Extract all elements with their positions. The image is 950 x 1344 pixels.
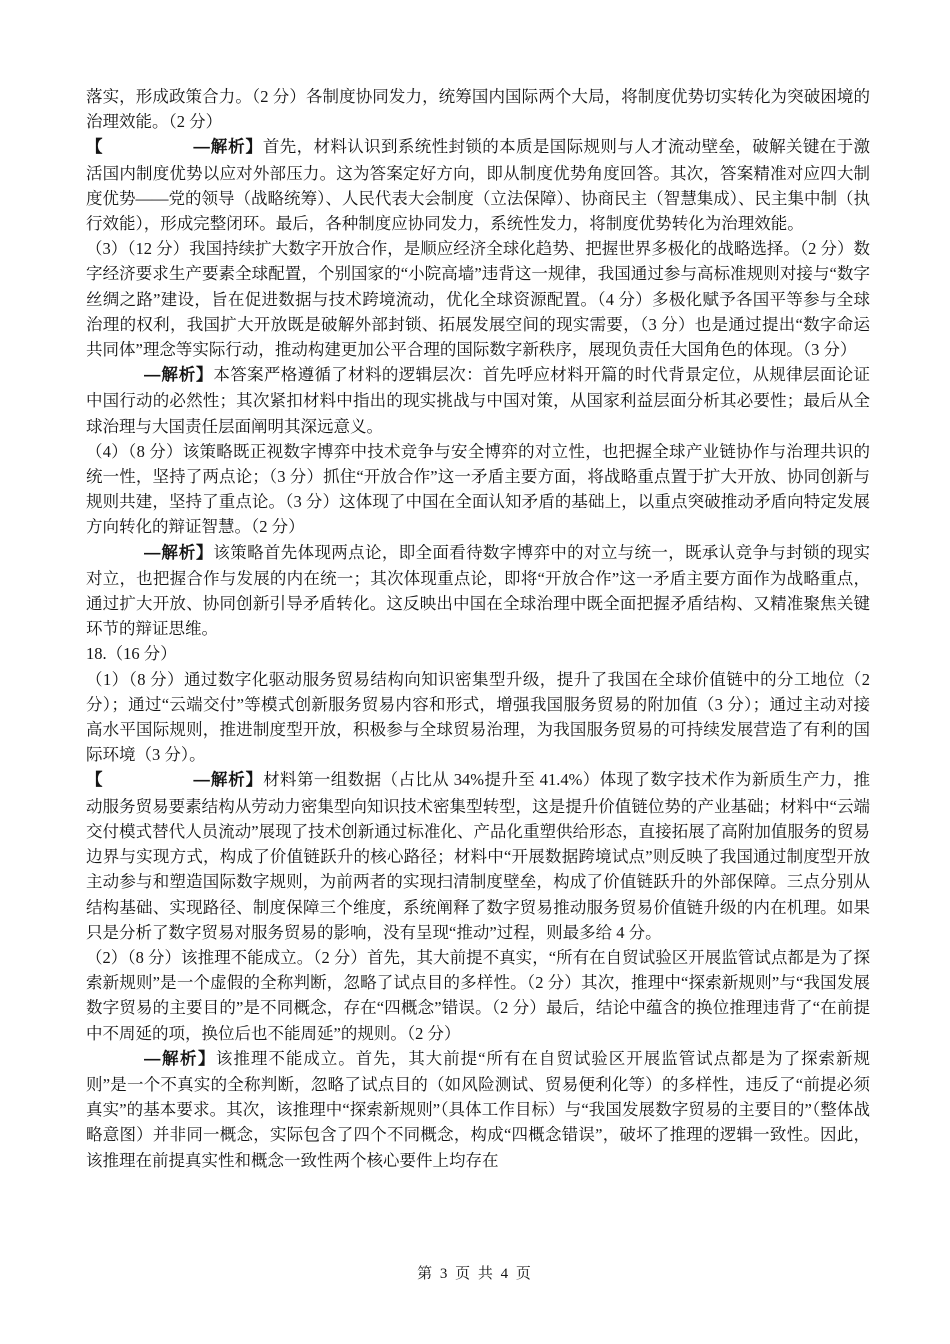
- page-number: 第 3 页 共 4 页: [0, 1262, 950, 1283]
- bracket-mark: 【: [86, 771, 103, 789]
- paragraph-text: 落实，形成政策合力。（2 分）各制度协同发力，统筹国内国际两个大局，将制度优势切…: [86, 87, 870, 131]
- answer-continuation-paragraph: 落实，形成政策合力。（2 分）各制度协同发力，统筹国内国际两个大局，将制度优势切…: [86, 84, 870, 134]
- paragraph-text: （3）（12 分）我国持续扩大数字开放合作，是顺应经济全球化趋势、把握世界多极化…: [86, 239, 870, 359]
- analysis-label: —解析】: [144, 1050, 216, 1068]
- paragraph-text: （4）（8 分）该策略既正视数字博弈中技术竞争与安全博弈的对立性，也把握全球产业…: [86, 442, 870, 537]
- paragraph-text: （1）（8 分）通过数字化驱动服务贸易结构向知识密集型升级，提升了我国在全球价值…: [86, 670, 870, 765]
- bracket-mark: 【: [86, 138, 103, 156]
- paragraph-text: 材料第一组数据（占比从 34%提升至 41.4%）体现了数字技术作为新质生产力，…: [86, 770, 870, 941]
- paragraph-text: （2）（8 分）该推理不能成立。（2 分）首先，其大前提不真实，“所有在自贸试验…: [86, 948, 870, 1043]
- answer-paragraph-q17-4: （4）（8 分）该策略既正视数字博弈中技术竞争与安全博弈的对立性，也把握全球产业…: [86, 439, 870, 540]
- document-page: 落实，形成政策合力。（2 分）各制度协同发力，统筹国内国际两个大局，将制度优势切…: [0, 0, 950, 1344]
- answer-paragraph-q17-3: （3）（12 分）我国持续扩大数字开放合作，是顺应经济全球化趋势、把握世界多极化…: [86, 236, 870, 362]
- analysis-paragraph-18-2: —解析】该推理不能成立。首先，其大前提“所有在自贸试验区开展监管试点都是为了探索…: [86, 1046, 870, 1173]
- masked-gap: [103, 151, 193, 152]
- answer-paragraph-18-1: （1）（8 分）通过数字化驱动服务贸易结构向知识密集型升级，提升了我国在全球价值…: [86, 667, 870, 768]
- analysis-paragraph-q17-3: —解析】本答案严格遵循了材料的逻辑层次：首先呼应材料开篇的时代背景定位，从规律层…: [86, 362, 870, 439]
- analysis-paragraph-q17-2: 【—解析】首先，材料认识到系统性封锁的本质是国际规则与人才流动壁垒，破解关键在于…: [86, 134, 870, 236]
- document-body: 落实，形成政策合力。（2 分）各制度协同发力，统筹国内国际两个大局，将制度优势切…: [86, 84, 870, 1173]
- analysis-label: —解析】: [193, 138, 263, 156]
- answer-paragraph-18-2: （2）（8 分）该推理不能成立。（2 分）首先，其大前提不真实，“所有在自贸试验…: [86, 945, 870, 1046]
- masked-gap: [103, 784, 193, 785]
- analysis-paragraph-18-1: 【—解析】材料第一组数据（占比从 34%提升至 41.4%）体现了数字技术作为新…: [86, 767, 870, 944]
- paragraph-text: 18.（16 分）: [86, 644, 177, 663]
- analysis-label: —解析】: [144, 366, 213, 384]
- analysis-label: —解析】: [144, 544, 213, 562]
- analysis-label: —解析】: [193, 771, 263, 789]
- question-18-heading: 18.（16 分）: [86, 641, 870, 666]
- analysis-paragraph-q17-4: —解析】该策略首先体现两点论，即全面看待数字博弈中的对立与统一，既承认竞争与封锁…: [86, 540, 870, 642]
